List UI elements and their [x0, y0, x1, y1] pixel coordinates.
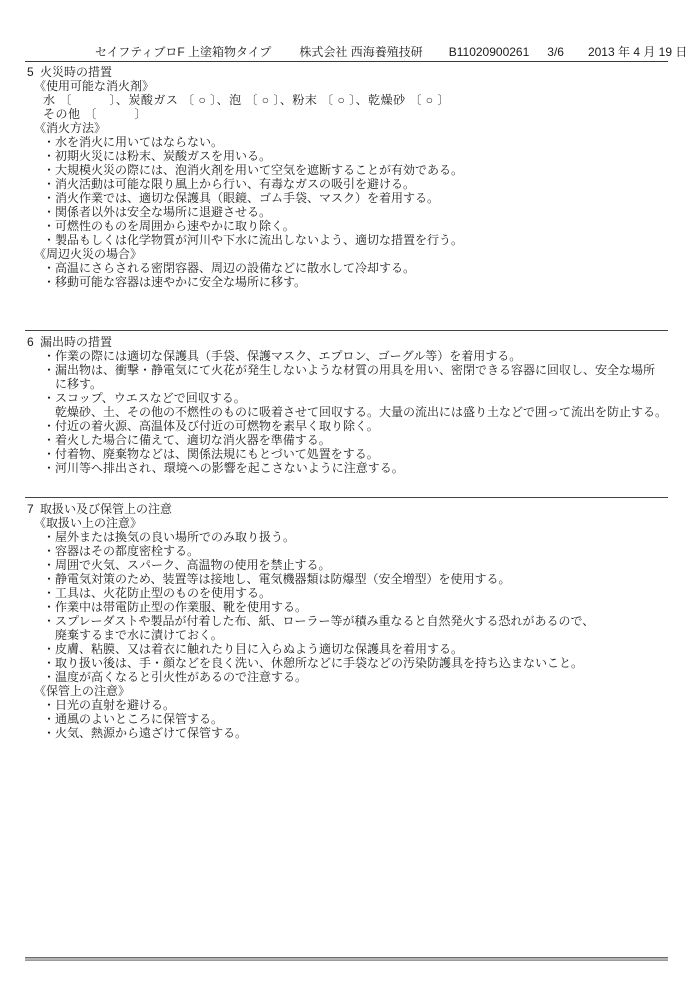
sds-document-page: セイフティブロF 上塗箱物タイプ 株式会社 西海養殖技研 B1102090026…	[0, 0, 695, 983]
bullet-item: ・高温にさらされる密閉容器、周辺の設備などに散水して冷却する。	[43, 261, 668, 275]
document-number: B11020900261	[449, 45, 530, 59]
section-number: 6	[27, 335, 40, 349]
section-title-row: 7取扱い及び保管上の注意	[25, 502, 668, 516]
subsection-heading: 《取扱い上の注意》	[34, 516, 668, 530]
bullet-item: ・工具は、火花防止型のものを使用する。	[43, 586, 668, 600]
bullet-item: ・屋外または換気の良い場所でのみ取り扱う。	[43, 530, 668, 544]
section-number: 5	[27, 65, 40, 79]
continuation-line: 乾燥砂、土、その他の不燃性のものに吸着させて回収する。大量の流出には盛り土などで…	[55, 405, 668, 419]
section-6: 6漏出時の措置・作業の際には適切な保護具（手袋、保護マスク、エプロン、ゴーグル等…	[25, 335, 668, 475]
bullet-item: ・作業の際には適切な保護具（手袋、保護マスク、エプロン、ゴーグル等）を着用する。	[43, 349, 668, 363]
bullet-item: ・静電気対策のため、装置等は接地し、電気機器類は防爆型（安全増型）を使用する。	[43, 572, 668, 586]
bullet-item: ・河川等へ排出され、環境への影響を起こさないように注意する。	[43, 461, 668, 475]
bullet-item: ・日光の直射を避ける。	[43, 698, 668, 712]
bullet-item: ・可燃性のものを周囲から速やかに取り除く。	[43, 219, 668, 233]
section-number: 7	[27, 502, 40, 516]
bullet-item: ・周囲で火気、スパーク、高温物の使用を禁止する。	[43, 558, 668, 572]
bullet-item: ・取り扱い後は、手・顔などを良く洗い、休憩所などに手袋などの汚染防護具を持ち込ま…	[43, 656, 668, 670]
bullet-item: ・消火作業では、適切な保護具（眼鏡、ゴム手袋、マスク）を着用する。	[43, 191, 668, 205]
header-rule	[25, 61, 668, 62]
subsection-heading: 《保管上の注意》	[34, 684, 668, 698]
bullet-item: ・消火活動は可能な限り風上から行い、有毒なガスの吸引を避ける。	[43, 177, 668, 191]
bullet-item: ・関係者以外は安全な場所に退避させる。	[43, 205, 668, 219]
document-header: セイフティブロF 上塗箱物タイプ 株式会社 西海養殖技研 B1102090026…	[95, 45, 667, 59]
bullet-item: ・移動可能な容器は速やかに安全な場所に移す。	[43, 275, 668, 289]
bullet-item: ・作業中は帯電防止型の作業服、靴を使用する。	[43, 600, 668, 614]
section-divider	[25, 330, 668, 331]
section-title: 取扱い及び保管上の注意	[40, 502, 172, 516]
bullet-item: ・容器はその都度密栓する。	[43, 544, 668, 558]
company-name: 株式会社 西海養殖技研	[299, 45, 422, 59]
bullet-item: ・着火した場合に備えて、適切な消火器を準備する。	[43, 433, 668, 447]
section-title: 漏出時の措置	[40, 335, 112, 349]
bullet-item: ・製品もしくは化学物質が河川や下水に流出しないよう、適切な措置を行う。	[43, 233, 668, 247]
continuation-line: に移す。	[55, 377, 668, 391]
product-name: セイフティブロF 上塗箱物タイプ	[95, 45, 271, 59]
continuation-line: 廃棄するまで水に漬けておく。	[55, 628, 668, 642]
extinguisher-field-line: その他 〔 〕	[43, 107, 668, 121]
bullet-item: ・水を消火に用いてはならない。	[43, 135, 668, 149]
page-bottom-rule	[25, 957, 668, 961]
bullet-item: ・付近の着火源、高温体及び付近の可燃物を素早く取り除く。	[43, 419, 668, 433]
section-title-row: 6漏出時の措置	[25, 335, 668, 349]
bullet-item: ・大規模火災の際には、泡消火剤を用いて空気を遮断することが有効である。	[43, 163, 668, 177]
section-title: 火災時の措置	[40, 65, 112, 79]
sections: 5火災時の措置《使用可能な消火剤》水 〔 〕、炭酸ガス 〔 ○ 〕、泡 〔 ○ …	[25, 65, 668, 740]
bullet-item: ・スプレーダストや製品が付着した布、紙、ローラー等が積み重なると自然発火する恐れ…	[43, 614, 668, 628]
bullet-item: ・火気、熱源から遠ざけて保管する。	[43, 726, 668, 740]
bullet-item: ・付着物、廃棄物などは、関係法規にもとづいて処置をする。	[43, 447, 668, 461]
document-date: 2013 年 4 月 19 日	[588, 45, 687, 59]
subsection-heading: 《消火方法》	[34, 121, 668, 135]
subsection-heading: 《使用可能な消火剤》	[34, 79, 668, 93]
bullet-item: ・温度が高くなると引火性があるので注意する。	[43, 670, 668, 684]
subsection-heading: 《周辺火災の場合》	[34, 247, 668, 261]
bullet-item: ・漏出物は、衝撃・静電気にて火花が発生しないような材質の用具を用い、密閉できる容…	[43, 363, 668, 377]
bullet-item: ・スコップ、ウエスなどで回収する。	[43, 391, 668, 405]
section-divider	[25, 497, 668, 498]
extinguisher-field-line: 水 〔 〕、炭酸ガス 〔 ○ 〕、泡 〔 ○ 〕、粉末 〔 ○ 〕、乾燥砂 〔 …	[43, 93, 668, 107]
bullet-item: ・初期火災には粉末、炭酸ガスを用いる。	[43, 149, 668, 163]
page-number: 3/6	[547, 45, 564, 59]
section-7: 7取扱い及び保管上の注意《取扱い上の注意》・屋外または換気の良い場所でのみ取り扱…	[25, 502, 668, 740]
bullet-item: ・皮膚、粘膜、又は着衣に触れたり目に入らぬよう適切な保護具を着用する。	[43, 642, 668, 656]
section-title-row: 5火災時の措置	[25, 65, 668, 79]
section-5: 5火災時の措置《使用可能な消火剤》水 〔 〕、炭酸ガス 〔 ○ 〕、泡 〔 ○ …	[25, 65, 668, 289]
bullet-item: ・通風のよいところに保管する。	[43, 712, 668, 726]
